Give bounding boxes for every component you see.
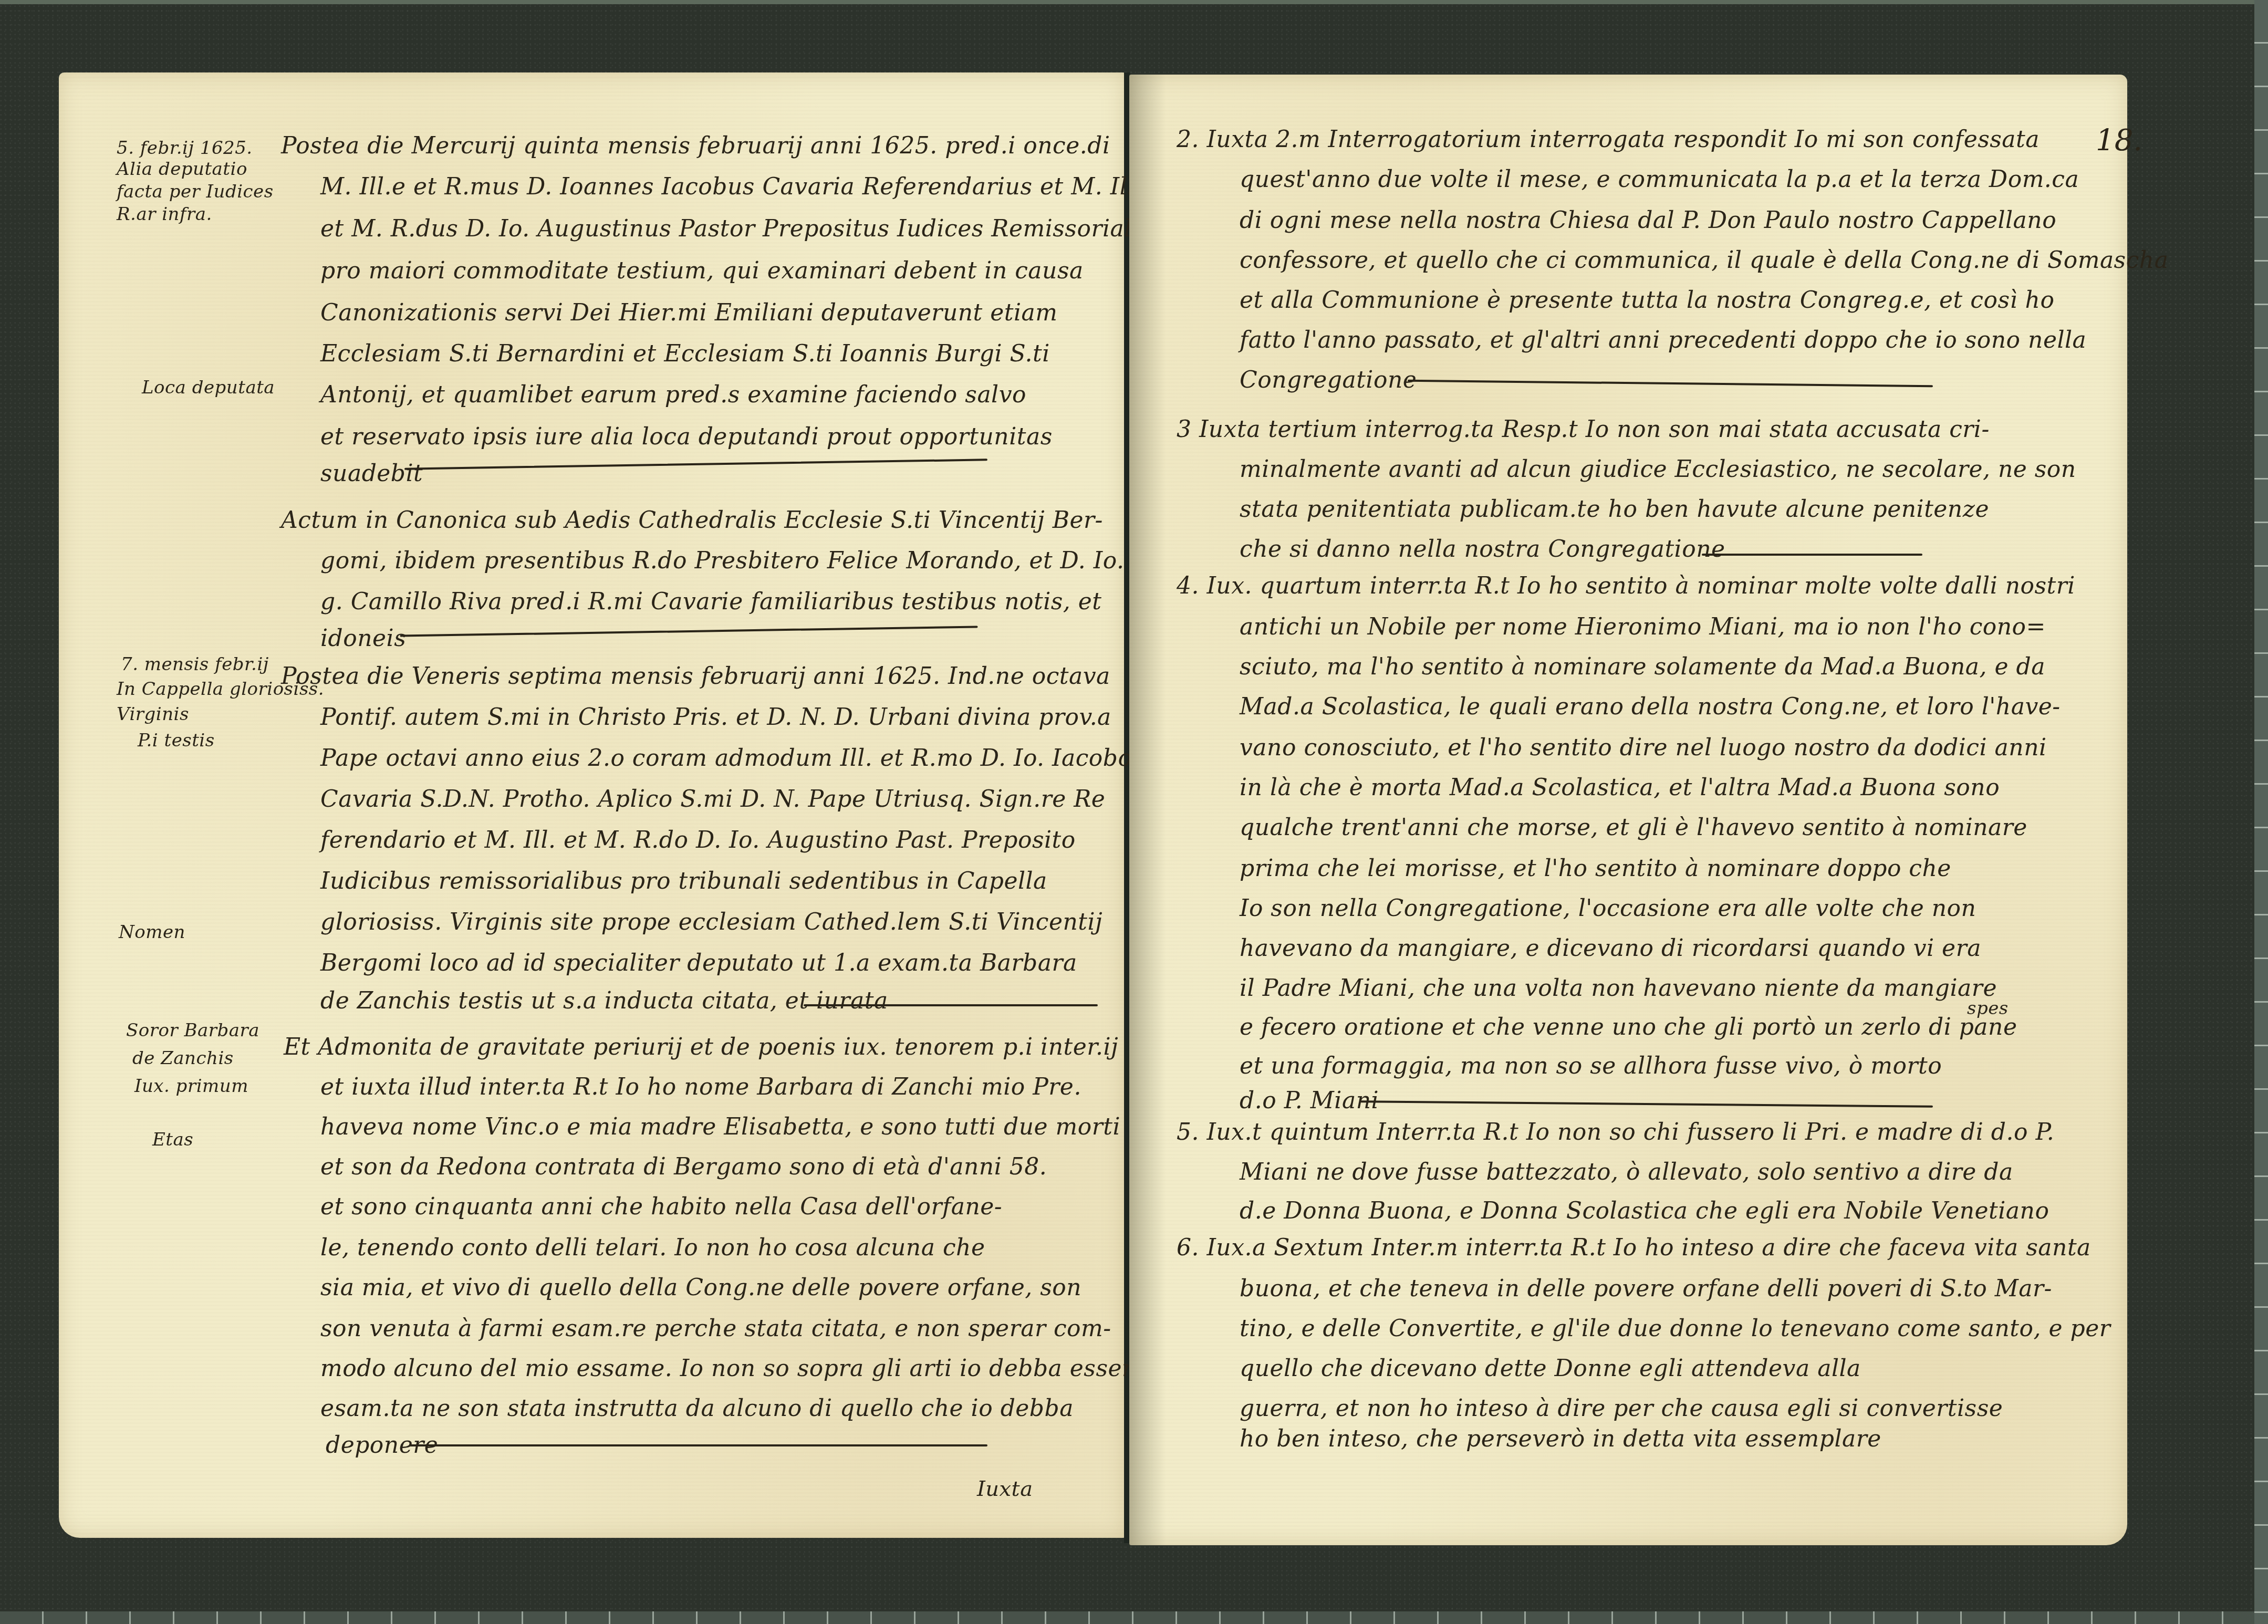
margin-note-date1-line3: facta per Iudices	[117, 181, 274, 202]
right-line-30: buona, et che teneva in delle povere orf…	[1240, 1275, 2052, 1302]
right-line-29: 6. Iux.a Sextum Inter.m interr.ta R.t Io…	[1177, 1234, 2091, 1261]
left-line-13: idoneis	[320, 625, 406, 652]
left-line-22: de Zanchis testis ut s.a inducta citata,…	[320, 987, 888, 1014]
right-line-6: fatto l'anno passato, et gl'altri anni p…	[1240, 327, 2086, 353]
margin-note-date1-line4: R.ar infra.	[117, 204, 212, 225]
right-line-18: qualche trent'anni che morse, et gli è l…	[1240, 814, 2027, 841]
section-end-rule	[1702, 554, 1922, 556]
margin-note-nomen: Nomen	[119, 922, 185, 943]
right-line-20: Io son nella Congregatione, l'occasione …	[1240, 895, 1976, 922]
right-line-7: Congregatione	[1240, 367, 1417, 393]
margin-note-date1-line1: 5. febr.ij 1625.	[117, 138, 253, 159]
right-line-12: 4. Iux. quartum interr.ta R.t Io ho sent…	[1177, 572, 2075, 599]
left-line-15: Pontif. autem S.mi in Christo Pris. et D…	[320, 704, 1111, 731]
catchword: Iuxta	[977, 1477, 1033, 1501]
margin-note-soror-line3: Iux. primum	[134, 1076, 248, 1097]
right-line-31: tino, e delle Convertite, e gl'ile due d…	[1240, 1315, 2110, 1342]
right-line-14: sciuto, ma l'ho sentito à nominare solam…	[1240, 653, 2045, 680]
left-line-14: Postea die Veneris septima mensis februa…	[281, 663, 1110, 690]
left-line-30: son venuta à farmi esam.re perche stata …	[320, 1315, 1111, 1342]
right-line-21: havevano da mangiare, e dicevano di rico…	[1240, 935, 1981, 962]
right-line-2: quest'anno due volte il mese, e communic…	[1240, 166, 2079, 193]
margin-note-soror-line2: de Zanchis	[132, 1048, 234, 1069]
left-line-17: Cavaria S.D.N. Protho. Aplico S.mi D. N.…	[320, 786, 1105, 813]
margin-note-date2-line4: P.i testis	[138, 730, 215, 751]
margin-note-date2-line1: 7. mensis febr.ij	[121, 654, 269, 675]
right-line-13: antichi un Nobile per nome Hieronimo Mia…	[1240, 613, 2046, 640]
left-line-12: g. Camillo Riva pred.i R.mi Cavarie fami…	[320, 588, 1102, 615]
right-line-22: il Padre Miani, che una volta non haveva…	[1240, 975, 1997, 1002]
left-line-31: modo alcuno del mio essame. Io non so so…	[320, 1355, 1133, 1382]
right-line-5: et alla Communione è presente tutta la n…	[1240, 287, 2054, 314]
left-line-2: M. Ill.e et R.mus D. Ioannes Iacobus Cav…	[320, 173, 1154, 200]
margin-note-date1-line2: Alia deputatio	[117, 159, 247, 180]
left-line-24: et iuxta illud inter.ta R.t Io ho nome B…	[320, 1074, 1081, 1100]
left-line-16: Pape octavi anno eius 2.o coram admodum …	[320, 745, 1132, 772]
margin-note-date2-line3: Virginis	[117, 704, 189, 725]
left-line-1: Postea die Mercurij quinta mensis februa…	[281, 132, 1110, 159]
section-end-rule	[804, 1004, 1098, 1006]
right-line-4: confessore, et quello che ci communica, …	[1240, 247, 2168, 274]
left-line-25: haveva nome Vinc.o e mia madre Elisabett…	[320, 1113, 1120, 1140]
right-line-28: d.e Donna Buona, e Donna Scolastica che …	[1240, 1198, 2049, 1224]
right-line-32: quello che dicevano dette Donne egli att…	[1240, 1355, 1861, 1382]
left-line-29: sia mia, et vivo di quello della Cong.ne…	[320, 1274, 1081, 1301]
right-line-17: in là che è morta Mad.a Scolastica, et l…	[1240, 774, 2000, 801]
right-line-33: guerra, et non ho inteso à dire per che …	[1240, 1395, 2003, 1422]
right-line-25: d.o P. Miani	[1240, 1087, 1379, 1114]
left-line-23: Et Admonita de gravitate periurij et de …	[284, 1034, 1118, 1060]
right-line-19: prima che lei morisse, et l'ho sentito à…	[1240, 855, 1951, 882]
right-line-10: stata penitentiata publicam.te ho ben ha…	[1240, 496, 1989, 523]
left-line-6: Ecclesiam S.ti Bernardini et Ecclesiam S…	[320, 340, 1050, 367]
left-line-27: et sono cinquanta anni che habito nella …	[320, 1193, 1002, 1220]
right-line-23: e fecero oratione et che venne uno che g…	[1240, 1014, 2017, 1040]
left-line-8: et reservato ipsis iure alia loca deputa…	[320, 423, 1053, 450]
left-line-26: et son da Redona contrata di Bergamo son…	[320, 1153, 1047, 1180]
right-line-34: ho ben inteso, che perseverò in detta vi…	[1240, 1425, 1881, 1452]
right-line-24: et una formaggia, ma non so se allhora f…	[1240, 1053, 1942, 1079]
left-line-11: gomi, ibidem presentibus R.do Presbitero…	[320, 547, 1124, 574]
left-line-32: esam.ta ne son stata instrutta da alcuno…	[320, 1395, 1074, 1422]
margin-note-soror-line1: Soror Barbara	[126, 1020, 259, 1041]
left-line-9: suadebit	[320, 460, 423, 487]
margin-note-etas: Etas	[152, 1129, 193, 1150]
left-line-7: Antonij, et quamlibet earum pred.s exami…	[320, 381, 1026, 408]
right-line-27: Miani ne dove fusse battezzato, ò alleva…	[1240, 1159, 2013, 1185]
right-line-16: vano conosciuto, et l'ho sentito dire ne…	[1240, 734, 2047, 761]
right-line-15: Mad.a Scolastica, le quali erano della n…	[1240, 693, 2061, 720]
left-line-19: Iudicibus remissorialibus pro tribunali …	[320, 868, 1047, 894]
right-line-8: 3 Iuxta tertium interrog.ta Resp.t Io no…	[1177, 416, 1990, 443]
left-line-5: Canonizationis servi Dei Hier.mi Emilian…	[320, 299, 1058, 326]
measurement-ruler-bottom	[0, 1611, 2268, 1624]
right-line-9: minalmente avanti ad alcun giudice Eccle…	[1240, 456, 2076, 483]
left-line-4: pro maiori commoditate testium, qui exam…	[320, 257, 1084, 284]
right-line-1: 2. Iuxta 2.m Interrogatorium interrogata…	[1177, 126, 2040, 153]
margin-note-loca: Loca deputata	[142, 377, 275, 398]
left-line-28: le, tenendo conto delli telari. Io non h…	[320, 1234, 985, 1261]
right-line-11: che si danno nella nostra Congregatione	[1240, 536, 1725, 563]
left-line-20: gloriosiss. Virginis site prope ecclesia…	[320, 909, 1102, 935]
right-line-26: 5. Iux.t quintum Interr.ta R.t Io non so…	[1177, 1119, 2054, 1146]
right-line-3: di ogni mese nella nostra Chiesa dal P. …	[1240, 207, 2056, 234]
left-line-10: Actum in Canonica sub Aedis Cathedralis …	[281, 507, 1103, 534]
left-line-18: ferendario et M. Ill. et M. R.do D. Io. …	[320, 827, 1076, 853]
left-line-3: et M. R.dus D. Io. Augustinus Pastor Pre…	[320, 215, 1158, 242]
folio-number: 18.	[2096, 123, 2142, 158]
left-line-21: Bergomi loco ad id specialiter deputato …	[320, 950, 1077, 976]
measurement-ruler-right	[2254, 0, 2268, 1624]
scanner-top-strip	[0, 0, 2268, 4]
section-end-rule	[410, 1444, 987, 1446]
